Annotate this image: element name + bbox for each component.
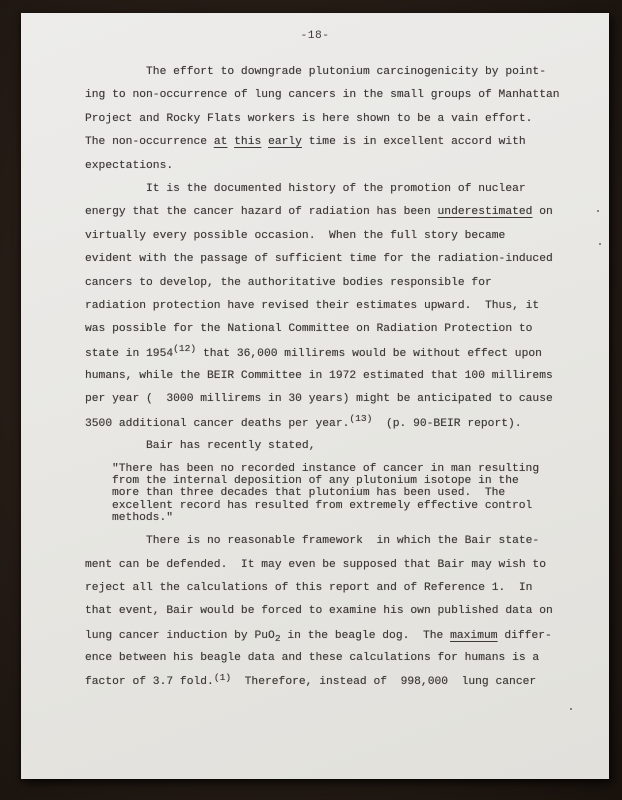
- superscript-reference: (1): [214, 672, 231, 683]
- text-segment: cancers to develop, the authoritative bo…: [85, 277, 492, 289]
- text-segment: The effort to downgrade plutonium carcin…: [85, 66, 546, 78]
- text-line: energy that the cancer hazard of radiati…: [85, 201, 587, 224]
- text-segment: reject all the calculations of this repo…: [85, 582, 532, 594]
- text-line: humans, while the BEIR Committee in 1972…: [85, 365, 587, 388]
- text-line: There is no reasonable framework in whic…: [85, 530, 587, 553]
- text-segment: virtually every possible occasion. When …: [85, 230, 505, 242]
- text-line: Project and Rocky Flats workers is here …: [85, 108, 587, 131]
- scan-speck: [597, 210, 599, 212]
- text-segment: 3500 additional cancer deaths per year.: [85, 418, 349, 430]
- text-segment: evident with the passage of sufficient t…: [85, 253, 553, 265]
- blockquote: "There has been no recorded instance of …: [112, 463, 587, 524]
- text-segment: "There has been no recorded instance of …: [112, 463, 539, 475]
- underlined-text: this: [234, 136, 261, 148]
- paragraph: The effort to downgrade plutonium carcin…: [85, 61, 587, 178]
- text-segment: was possible for the National Committee …: [85, 323, 532, 335]
- text-segment: The non-occurrence: [85, 136, 214, 148]
- text-line: The non-occurrence at this early time is…: [85, 131, 587, 154]
- text-line: "There has been no recorded instance of …: [112, 463, 587, 475]
- text-line: reject all the calculations of this repo…: [85, 577, 587, 600]
- text-line: from the internal deposition of any plut…: [112, 475, 587, 487]
- text-line: 3500 additional cancer deaths per year.(…: [85, 412, 587, 435]
- text-segment: lung cancer induction by PuO: [85, 630, 275, 642]
- text-segment: differ-: [498, 630, 552, 642]
- text-segment: ment can be defended. It may even be sup…: [85, 559, 546, 571]
- paragraph: Bair has recently stated,: [85, 435, 587, 458]
- text-line: ence between his beagle data and these c…: [85, 647, 587, 670]
- scan-background: -18- The effort to downgrade plutonium c…: [0, 0, 622, 800]
- text-line: cancers to develop, the authoritative bo…: [85, 272, 587, 295]
- text-line: ing to non-occurrence of lung cancers in…: [85, 84, 587, 107]
- text-segment: There is no reasonable framework in whic…: [85, 535, 539, 547]
- text-line: radiation protection have revised their …: [85, 295, 587, 318]
- scan-speck: [599, 243, 601, 245]
- text-segment: Bair has recently stated,: [85, 440, 316, 452]
- text-segment: state in 1954: [85, 348, 173, 360]
- text-line: methods.": [112, 512, 587, 524]
- subscript-text: 2: [275, 633, 281, 644]
- text-segment: time is in excellent accord with: [302, 136, 526, 148]
- text-segment: factor of 3.7 fold.: [85, 676, 214, 688]
- text-line: state in 1954(12) that 36,000 millirems …: [85, 342, 587, 365]
- text-line: factor of 3.7 fold.(1) Therefore, instea…: [85, 670, 587, 693]
- text-segment: Project and Rocky Flats workers is here …: [85, 113, 532, 125]
- text-segment: energy that the cancer hazard of radiati…: [85, 206, 438, 218]
- underlined-text: early: [268, 136, 302, 148]
- underlined-text: maximum: [450, 630, 497, 642]
- text-line: Bair has recently stated,: [85, 435, 587, 458]
- text-segment: expectations.: [85, 160, 173, 172]
- text-segment: methods.": [112, 512, 173, 524]
- paragraph: It is the documented history of the prom…: [85, 178, 587, 435]
- text-line: The effort to downgrade plutonium carcin…: [85, 61, 587, 84]
- document-page: -18- The effort to downgrade plutonium c…: [21, 13, 609, 779]
- text-segment: on: [532, 206, 552, 218]
- text-segment: ing to non-occurrence of lung cancers in…: [85, 89, 560, 101]
- text-line: ment can be defended. It may even be sup…: [85, 554, 587, 577]
- text-segment: humans, while the BEIR Committee in 1972…: [85, 370, 553, 382]
- text-segment: from the internal deposition of any plut…: [112, 475, 519, 487]
- text-line: excellent record has resulted from extre…: [112, 500, 587, 512]
- text-segment: that 36,000 millirems would be without e…: [196, 348, 542, 360]
- text-segment: per year ( 3000 millirems in 30 years) m…: [85, 393, 553, 405]
- text-segment: (p. 90-BEIR report).: [372, 418, 521, 430]
- scan-speck: [570, 708, 572, 710]
- text-segment: excellent record has resulted from extre…: [112, 500, 532, 512]
- underlined-text: at: [214, 136, 228, 148]
- text-line: expectations.: [85, 155, 587, 178]
- text-segment: ence between his beagle data and these c…: [85, 652, 539, 664]
- text-line: per year ( 3000 millirems in 30 years) m…: [85, 388, 587, 411]
- text-line: lung cancer induction by PuO2 in the bea…: [85, 624, 587, 647]
- superscript-reference: (13): [349, 413, 372, 424]
- text-segment: that event, Bair would be forced to exam…: [85, 605, 553, 617]
- text-line: more than three decades that plutonium h…: [112, 487, 587, 499]
- page-number: -18-: [21, 29, 609, 43]
- text-segment: in the beagle dog. The: [281, 630, 450, 642]
- text-segment: more than three decades that plutonium h…: [112, 487, 505, 499]
- text-segment: It is the documented history of the prom…: [85, 183, 526, 195]
- document-text: The effort to downgrade plutonium carcin…: [85, 61, 587, 694]
- text-line: evident with the passage of sufficient t…: [85, 248, 587, 271]
- underlined-text: underestimated: [438, 206, 533, 218]
- text-line: that event, Bair would be forced to exam…: [85, 600, 587, 623]
- text-segment: radiation protection have revised their …: [85, 300, 539, 312]
- paragraph: There is no reasonable framework in whic…: [85, 530, 587, 694]
- text-line: virtually every possible occasion. When …: [85, 225, 587, 248]
- text-segment: Therefore, instead of 998,000 lung cance…: [231, 676, 536, 688]
- text-line: was possible for the National Committee …: [85, 318, 587, 341]
- superscript-reference: (12): [173, 343, 196, 354]
- text-line: It is the documented history of the prom…: [85, 178, 587, 201]
